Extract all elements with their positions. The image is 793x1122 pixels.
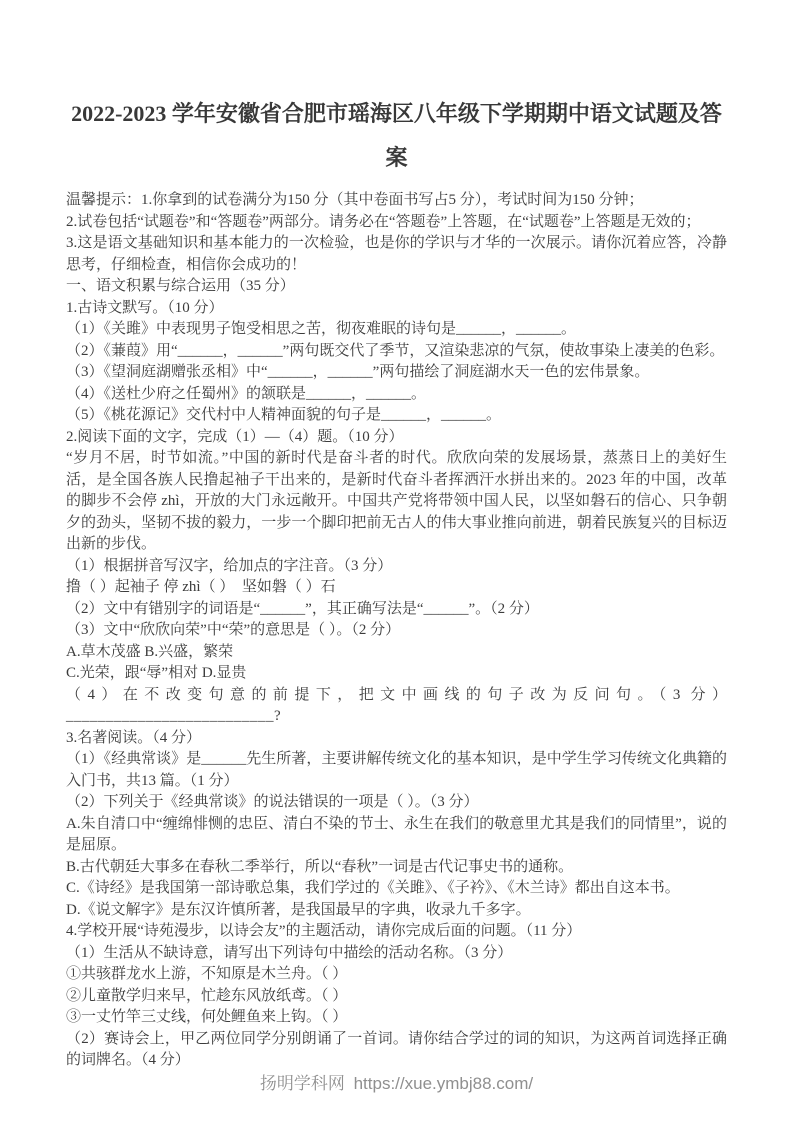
question-3: 3.名著阅读。（4 分）	[66, 728, 727, 750]
question-3-2: （2）下列关于《经典常谈》的说法错误的一项是（ ）。（3 分）	[66, 792, 727, 814]
document-page: 2022-2023 学年安徽省合肥市瑶海区八年级下学期期中语文试题及答案 温馨提…	[0, 0, 793, 1072]
answer-blank-line: __________________________?	[66, 706, 727, 728]
question-2-3-options-ab: A.草木茂盛 B.兴盛，繁荣	[66, 642, 727, 664]
question-3-1: （1）《经典常谈》是______先生所著，主要讲解传统文化的基本知识，是中学生学…	[66, 749, 727, 792]
question-2-4: （4）在不改变句意的前提下，把文中画线的句子改为反问句。（3 分）	[66, 685, 727, 707]
question-4-1-item-2: ②儿童散学归来早，忙趁东风放纸鸢。（ ）	[66, 986, 727, 1008]
question-1: 1.古诗文默写。（10 分）	[66, 298, 727, 320]
footer-site-name: 扬明学科网	[260, 1074, 345, 1093]
question-2-3-options-cd: C.光荣，跟“辱”相对 D.显贵	[66, 663, 727, 685]
question-2-1: （1）根据拼音写汉字，给加点的字注音。（3 分）	[66, 556, 727, 578]
question-3-2-option-b: B.古代朝廷大事多在春秋二季举行，所以“春秋”一词是古代记事史书的通称。	[66, 857, 727, 879]
exam-document-page: { "page": { "title": "2022-2023 学年安徽省合肥市…	[0, 0, 793, 1122]
question-1-4: （4）《送杜少府之任蜀州》的颔联是______，______。	[66, 384, 727, 406]
notice-line-1: 温馨提示：1.你拿到的试卷满分为150 分（其中卷面书写占5 分），考试时间为1…	[66, 190, 727, 212]
footer-watermark: 扬明学科网 https://xue.ymbj88.com/	[0, 1069, 793, 1094]
question-2: 2.阅读下面的文字，完成（1）—（4）题。（10 分）	[66, 427, 727, 449]
question-4-1-item-1: ①共骇群龙水上游，不知原是木兰舟。（ ）	[66, 964, 727, 986]
question-3-2-option-a: A.朱自清口中“缠绵悱恻的忠臣、清白不染的节士、永生在我们的敬意里尤其是我们的同…	[66, 814, 727, 857]
question-1-5: （5）《桃花源记》交代村中人精神面貌的句子是______，______。	[66, 405, 727, 427]
question-2-2: （2）文中有错别字的词语是“______”，其正确写法是“______”。（2 …	[66, 599, 727, 621]
section-heading: 一、语文积累与综合运用（35 分）	[66, 276, 727, 298]
question-1-2: （2）《蒹葭》用“______，______”两句既交代了季节，又渲染悲凉的气氛…	[66, 341, 727, 363]
question-4-2: （2）赛诗会上，甲乙两位同学分别朗诵了一首词。请你结合学过的词的知识，为这两首词…	[66, 1029, 727, 1072]
notice-line-2: 2.试卷包括“试题卷”和“答题卷”两部分。请务必在“答题卷”上答题，在“试题卷”…	[66, 212, 727, 234]
question-3-2-option-c: C.《诗经》是我国第一部诗歌总集，我们学过的《关雎》、《子衿》、《木兰诗》都出自…	[66, 878, 727, 900]
question-2-3: （3）文中“欣欣向荣”中“荣”的意思是（ ）。（2 分）	[66, 620, 727, 642]
question-1-3: （3）《望洞庭湖赠张丞相》中“______，______”两句描绘了洞庭湖水天一…	[66, 362, 727, 384]
document-title: 2022-2023 学年安徽省合肥市瑶海区八年级下学期期中语文试题及答案	[66, 92, 727, 180]
question-4: 4.学校开展“诗苑漫步，以诗会友”的主题活动，请你完成后面的问题。（11 分）	[66, 921, 727, 943]
question-3-2-option-d: D.《说文解字》是东汉许慎所著，是我国最早的字典，收录九千多字。	[66, 900, 727, 922]
notice-line-3: 3.这是语文基础知识和基本能力的一次检验，也是你的学识与才华的一次展示。请你沉着…	[66, 233, 727, 276]
question-4-1: （1）生活从不缺诗意，请写出下列诗句中描绘的活动名称。（3 分）	[66, 943, 727, 965]
question-4-1-item-3: ③一丈竹竿三丈线，何处鲤鱼来上钩。（ ）	[66, 1007, 727, 1029]
question-1-1: （1）《关雎》中表现男子饱受相思之苦，彻夜难眠的诗句是______，______…	[66, 319, 727, 341]
reading-passage: “岁月不居，时节如流。”中国的新时代是奋斗者的时代。欣欣向荣的发展场景，蒸蒸日上…	[66, 448, 727, 556]
document-body: 温馨提示：1.你拿到的试卷满分为150 分（其中卷面书写占5 分），考试时间为1…	[66, 190, 727, 1072]
question-2-1-items: 撸（ ）起袖子 停 zhì（ ） 坚如磐（ ）石	[66, 577, 727, 599]
footer-url: https://xue.ymbj88.com/	[354, 1074, 534, 1093]
